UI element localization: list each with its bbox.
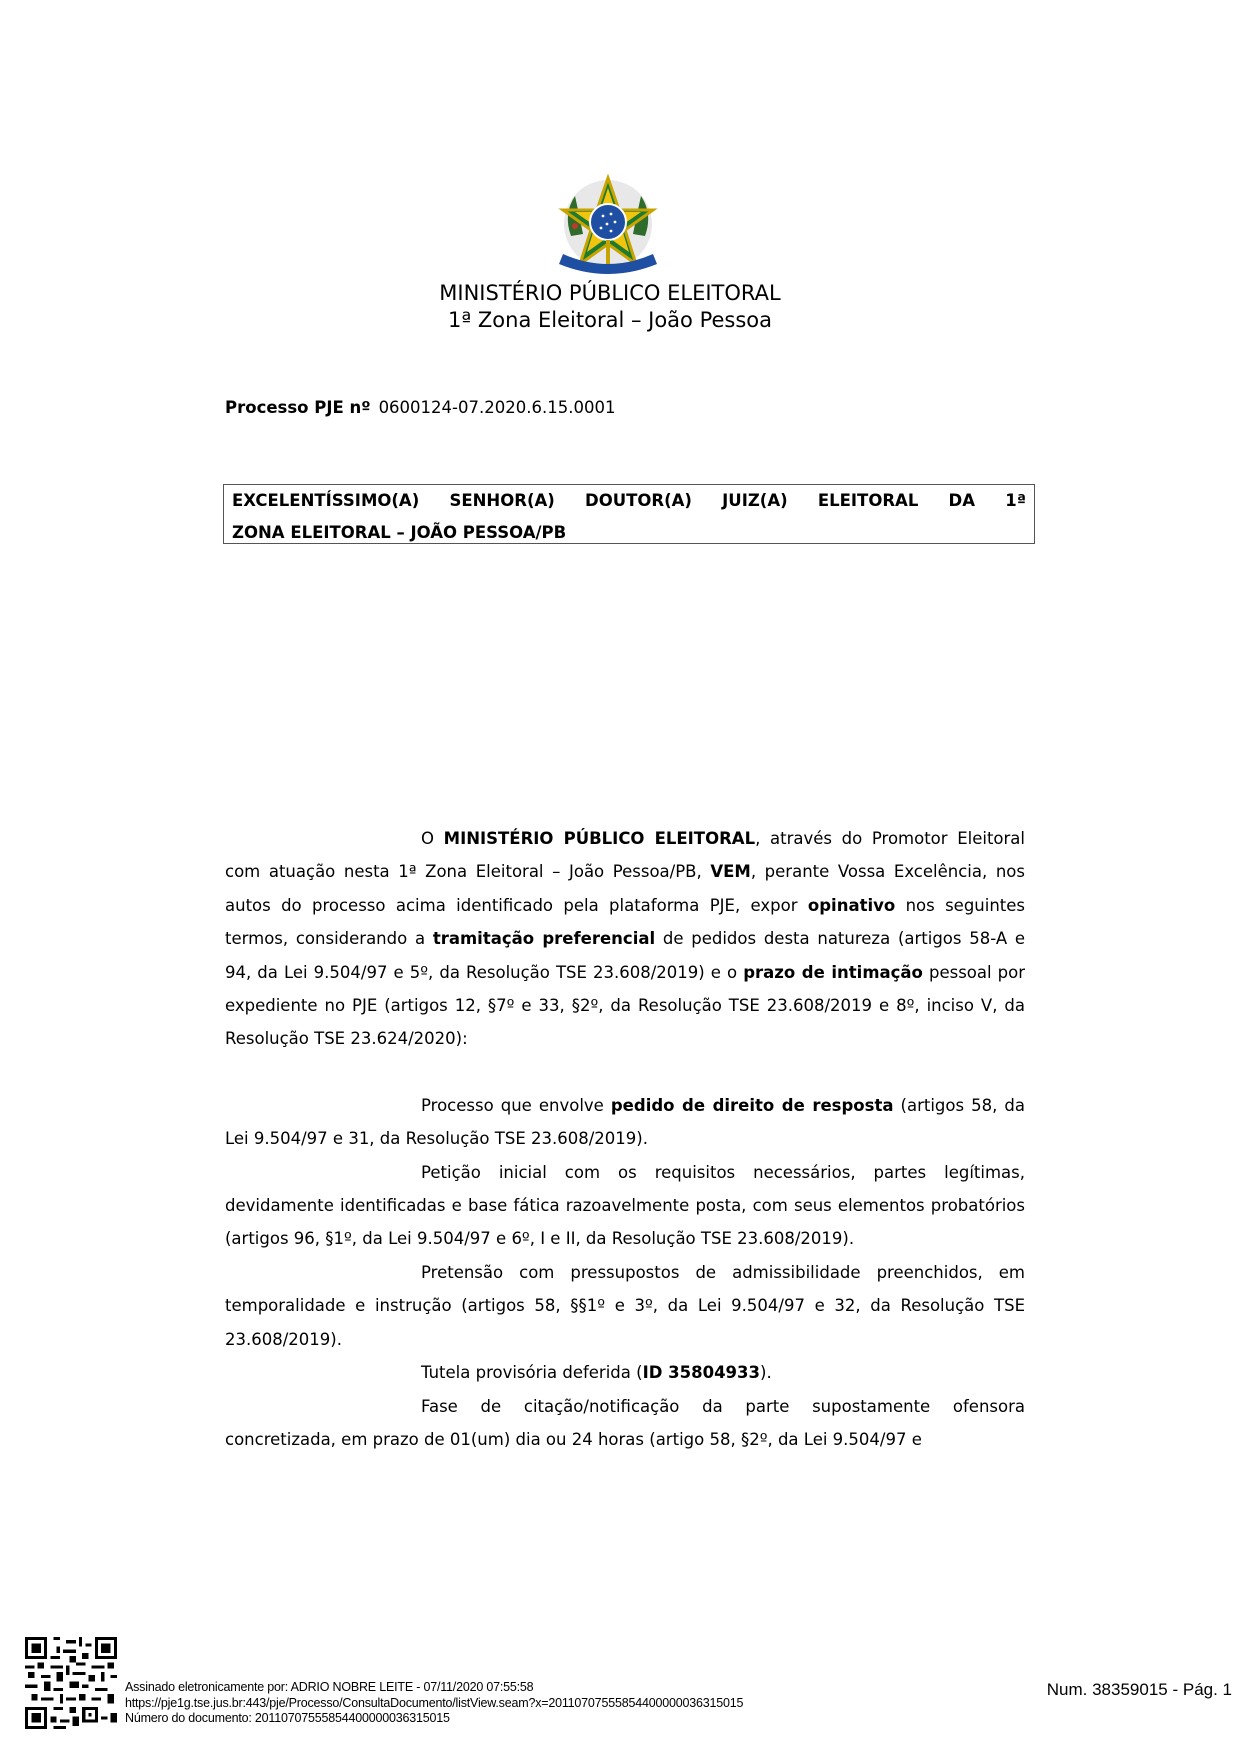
process-label: Processo PJE nº xyxy=(225,398,371,417)
addressee-line-1: EXCELENTÍSSIMO(A) SENHOR(A) DOUTOR(A) JU… xyxy=(232,487,1026,515)
bold-text: ID 35804933 xyxy=(643,1363,760,1382)
paragraph-intro: O MINISTÉRIO PÚBLICO ELEITORAL, através … xyxy=(225,822,1025,1056)
qr-code-icon[interactable] xyxy=(25,1637,117,1729)
signed-by: Assinado eletronicamente por: ADRIO NOBR… xyxy=(125,1680,743,1696)
signature-info: Assinado eletronicamente por: ADRIO NOBR… xyxy=(125,1680,743,1727)
paragraph-direito-resposta: Processo que envolve pedido de direito d… xyxy=(225,1089,1025,1156)
org-title: MINISTÉRIO PÚBLICO ELEITORAL xyxy=(0,280,1220,306)
bold-text: opinativo xyxy=(808,896,895,915)
page-reference: Num. 38359015 - Pág. 1 xyxy=(1047,1680,1232,1700)
paragraph-peticao: Petição inicial com os requisitos necess… xyxy=(225,1156,1025,1256)
text: O xyxy=(421,829,444,848)
bold-text: MINISTÉRIO PÚBLICO ELEITORAL xyxy=(444,829,755,848)
paragraph-citacao: Fase de citação/notificação da parte sup… xyxy=(225,1390,1025,1457)
bold-text: tramitação preferencial xyxy=(433,929,655,948)
paragraph-pretensao: Pretensão com pressupostos de admissibil… xyxy=(225,1256,1025,1356)
text: ). xyxy=(760,1363,772,1382)
process-number: Processo PJE nº0600124-07.2020.6.15.0001 xyxy=(225,398,615,417)
org-subtitle: 1ª Zona Eleitoral – João Pessoa xyxy=(0,307,1220,333)
addressee-line-2: ZONA ELEITORAL – JOÃO PESSOA/PB xyxy=(232,519,1026,547)
addressee-box: EXCELENTÍSSIMO(A) SENHOR(A) DOUTOR(A) JU… xyxy=(223,484,1035,544)
signature-footer: Assinado eletronicamente por: ADRIO NOBR… xyxy=(0,1630,1240,1755)
coat-of-arms-icon xyxy=(553,174,663,282)
paragraph-tutela: Tutela provisória deferida (ID 35804933)… xyxy=(225,1356,1025,1389)
text: Tutela provisória deferida ( xyxy=(421,1363,643,1382)
bold-text: VEM xyxy=(710,862,750,881)
bold-text: pedido de direito de resposta xyxy=(611,1096,894,1115)
process-number-value: 0600124-07.2020.6.15.0001 xyxy=(379,398,616,417)
bold-text: prazo de intimação xyxy=(743,963,923,982)
document-url[interactable]: https://pje1g.tse.jus.br:443/pje/Process… xyxy=(125,1696,743,1712)
document-body: O MINISTÉRIO PÚBLICO ELEITORAL, através … xyxy=(225,822,1025,1456)
text: Processo que envolve xyxy=(421,1096,611,1115)
document-number: Número do documento: 2011070755585440000… xyxy=(125,1711,743,1727)
